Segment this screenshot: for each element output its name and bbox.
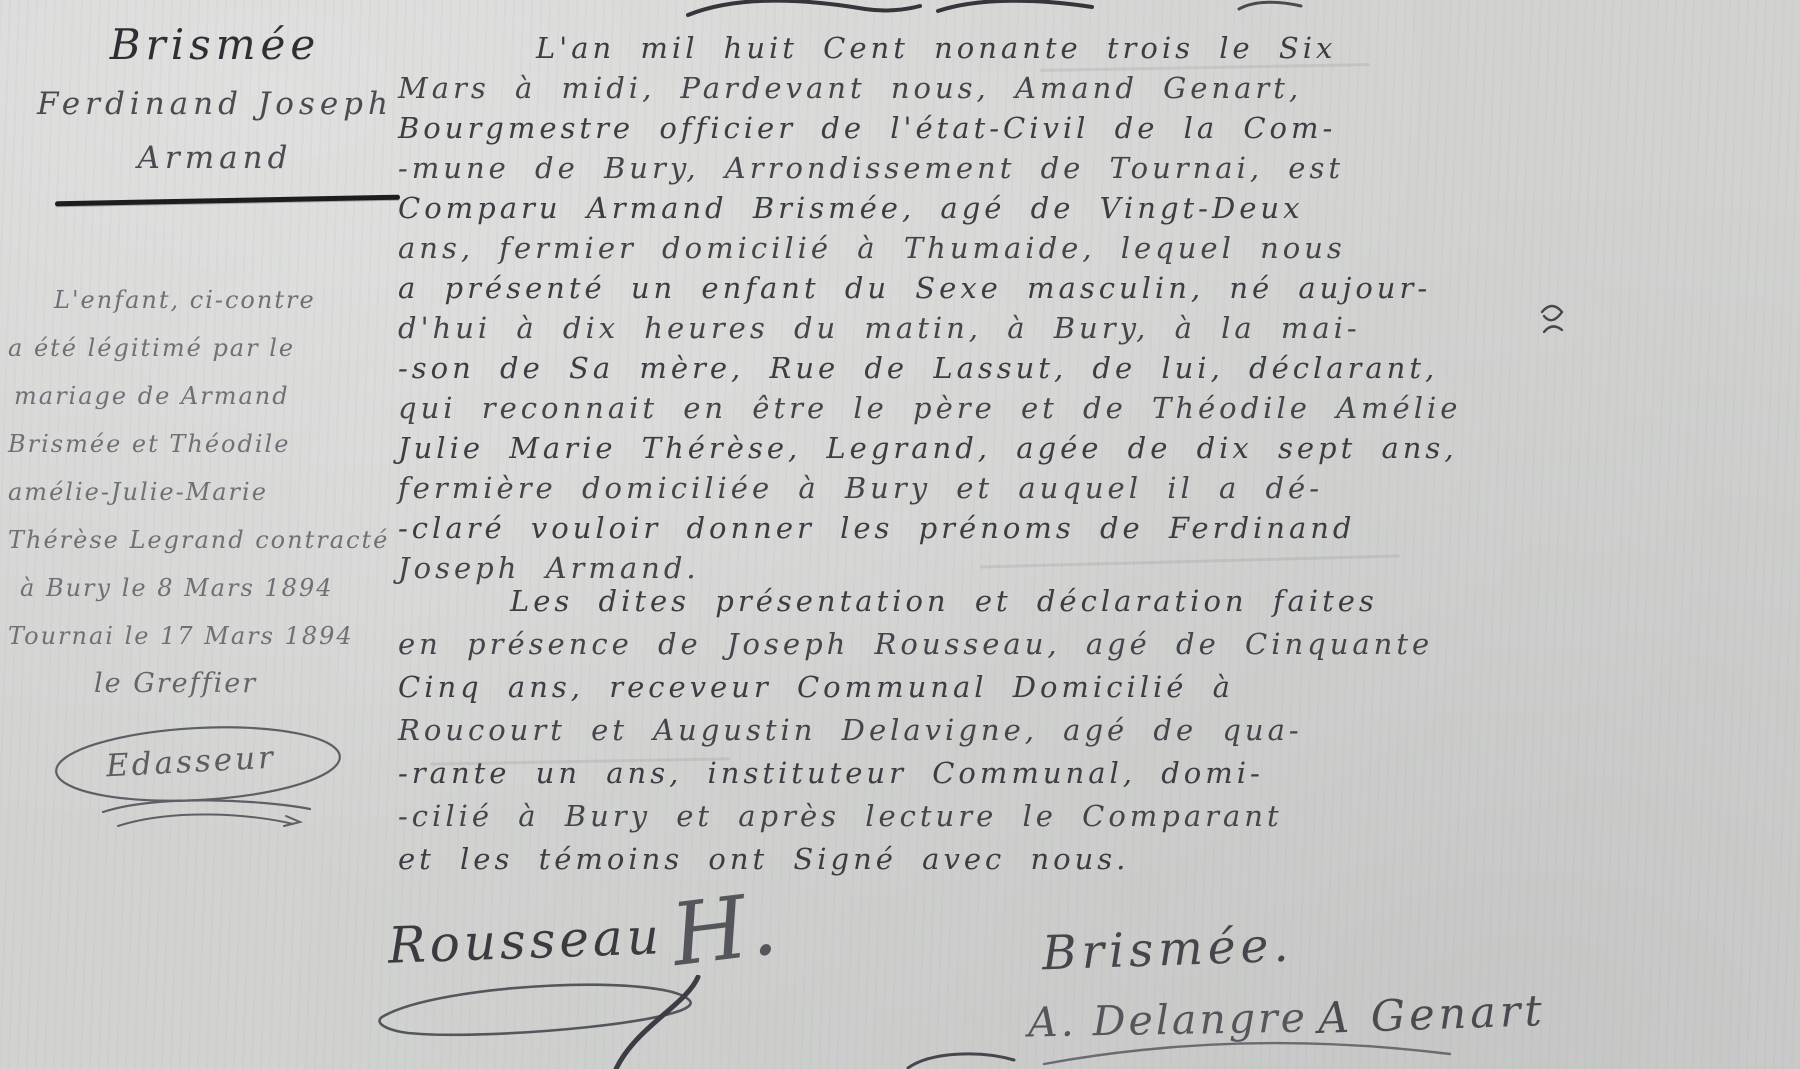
margin-legitimation-note: L'enfant, ci-contre a été légitimé par l…	[8, 276, 410, 708]
top-edge-cutoff-strokes	[680, 0, 1100, 20]
act-text-line: d'hui à dix heures du matin, à Bury, à l…	[398, 308, 1588, 348]
margin-act-thirdname: Armand	[30, 140, 400, 176]
act-text-line: ans, fermier domicilié à Thumaide, leque…	[398, 228, 1588, 268]
act-text-line: qui reconnait en être le père et de Théo…	[398, 388, 1588, 428]
act-text-line: -cilié à Bury et après lecture le Compar…	[398, 795, 1588, 838]
act-text-line: Bourgmestre officier de l'état-Civil de …	[398, 108, 1588, 148]
margin-note-line: mariage de Armand	[8, 372, 410, 420]
act-text-line: et les témoins ont Signé avec nous.	[398, 838, 1588, 881]
bottom-edge-cutoff-stroke	[900, 1050, 1020, 1069]
margin-act-surname: Brismée	[30, 20, 400, 69]
margin-note-line: Brismée et Théodile	[8, 420, 410, 468]
signature-paraph-flourish: H.	[666, 874, 784, 986]
margin-note-line: à Bury le 8 Mars 1894	[8, 564, 410, 612]
margin-title-underline	[55, 195, 400, 207]
signature-rousseau: Rousseau	[387, 907, 664, 975]
margin-note-line: amélie-Julie-Marie	[8, 468, 410, 516]
act-text-line: -claré vouloir donner les prénoms de Fer…	[398, 508, 1588, 548]
act-text-line: -rante un ans, instituteur Communal, dom…	[398, 752, 1588, 795]
act-text-line: L'an mil huit Cent nonante trois le Six	[398, 28, 1588, 68]
act-paragraph-declaration: L'an mil huit Cent nonante trois le Six …	[398, 28, 1588, 588]
act-text-line: Mars à midi, Pardevant nous, Amand Genar…	[398, 68, 1588, 108]
margin-note-line: a été légitimé par le	[8, 324, 410, 372]
signature-genart: A Genart	[1317, 986, 1546, 1044]
act-text-line: Les dites présentation et déclaration fa…	[398, 580, 1588, 623]
act-text-line: Comparu Armand Brismée, agé de Vingt-Deu…	[398, 188, 1588, 228]
act-text-line: -mune de Bury, Arrondissement de Tournai…	[398, 148, 1588, 188]
act-paragraph-witnesses: Les dites présentation et déclaration fa…	[398, 580, 1588, 881]
act-text-line: en présence de Joseph Rousseau, agé de C…	[398, 623, 1588, 666]
act-text-line: -son de Sa mère, Rue de Lassut, de lui, …	[398, 348, 1588, 388]
margin-note-line: Tournai le 17 Mars 1894	[8, 612, 410, 660]
margin-note-line: Thérèse Legrand contracté	[8, 516, 410, 564]
margin-note-line: L'enfant, ci-contre	[8, 276, 410, 324]
act-text-line: fermière domiciliée à Bury et auquel il …	[398, 468, 1588, 508]
signature-delangre: A. Delangre	[1028, 994, 1309, 1047]
right-edge-ink-mark	[1538, 300, 1568, 344]
act-text-line: a présenté un enfant du Sexe masculin, n…	[398, 268, 1588, 308]
delangre-flourish-arc	[1040, 1040, 1460, 1069]
act-text-line: Cinq ans, receveur Communal Domicilié à	[398, 666, 1588, 709]
clerk-signature-block: Edasseur	[48, 712, 358, 842]
act-text-line: Roucourt et Augustin Delavigne, agé de q…	[398, 709, 1588, 752]
top-edge-ink-fragment	[1235, 0, 1305, 12]
margin-clerk-title: le Greffier	[8, 660, 410, 708]
register-scan-page: Brismée Ferdinand Joseph Armand L'enfant…	[0, 0, 1800, 1069]
signature-brismee: Brismée.	[1041, 918, 1294, 982]
rousseau-flourish	[368, 975, 828, 1069]
margin-act-firstnames: Ferdinand Joseph	[30, 86, 400, 122]
act-text-line: Julie Marie Thérèse, Legrand, agée de di…	[398, 428, 1588, 468]
